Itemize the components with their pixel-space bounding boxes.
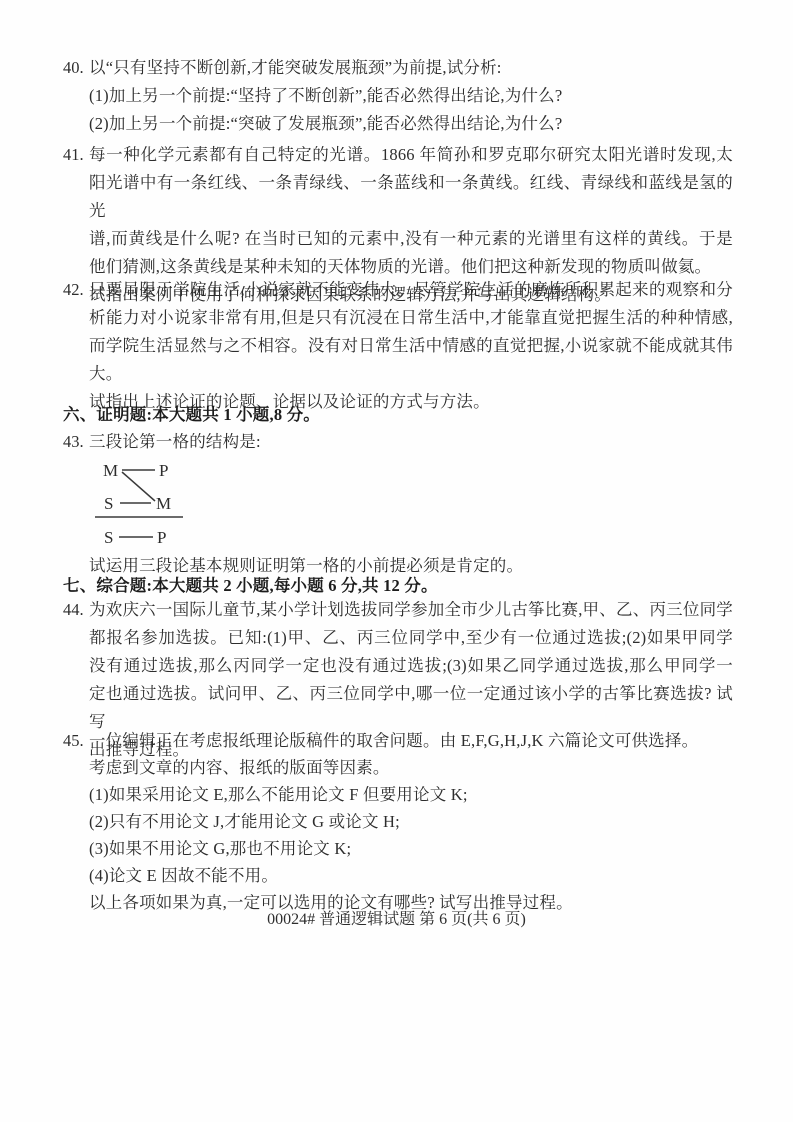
question-41-line: 阳光谱中有一条红线、一条青绿线、一条蓝线和一条黄线。红线、青绿线和蓝线是氢的光 — [89, 169, 733, 225]
section-6-header: 六、证明题:本大题共 1 小题,8 分。 — [63, 401, 733, 429]
question-45-condition-4: (4)论文 E 因故不能不用。 — [89, 862, 733, 889]
diagram-term-s2: S — [104, 494, 113, 513]
question-45-condition-1: (1)如果采用论文 E,那么不能用论文 F 但要用论文 K; — [89, 781, 733, 808]
diagram-term-m2: M — [156, 494, 171, 513]
question-45: 45. 一位编辑正在考虑报纸理论版稿件的取舍问题。由 E,F,G,H,J,K 六… — [63, 727, 733, 916]
question-40-subitem-2: (2)加上另一个前提:“突破了发展瓶颈”,能否必然得出结论,为什么? — [89, 110, 733, 138]
question-42-line: 大。 — [89, 360, 733, 388]
question-44-line: 为欢庆六一国际儿童节,某小学计划选拔同学参加全市少儿古筝比赛,甲、乙、丙三位同学 — [89, 596, 733, 624]
question-40-line: 以“只有坚持不断创新,才能突破发展瓶颈”为前提,试分析: — [89, 54, 733, 82]
question-40-body: 以“只有坚持不断创新,才能突破发展瓶颈”为前提,试分析: (1)加上另一个前提:… — [89, 54, 733, 138]
diagram-term-p1: P — [159, 461, 168, 480]
question-42-number: 42. — [63, 276, 89, 304]
question-40-subitem-1: (1)加上另一个前提:“坚持了不断创新”,能否必然得出结论,为什么? — [89, 82, 733, 110]
diagram-term-p3: P — [157, 528, 166, 547]
question-41-line: 每一种化学元素都有自己特定的光谱。1866 年简孙和罗克耶尔研究太阳光谱时发现,… — [89, 141, 733, 169]
question-42: 42. 只要局限于学院生活,小说家就不能变伟大。尽管学院生活的磨炼所积累起来的观… — [63, 276, 733, 416]
question-43: 43. 三段论第一格的结构是: M P S M S P 试运用三段论基本规则证明… — [63, 428, 733, 580]
question-42-body: 只要局限于学院生活,小说家就不能变伟大。尽管学院生活的磨炼所积累起来的观察和分 … — [89, 276, 733, 416]
question-45-number: 45. — [63, 727, 89, 755]
question-40: 40. 以“只有坚持不断创新,才能突破发展瓶颈”为前提,试分析: (1)加上另一… — [63, 54, 733, 138]
diagram-term-m1: M — [103, 461, 118, 480]
question-41-line: 谱,而黄线是什么呢? 在当时已知的元素中,没有一种元素的光谱里有这样的黄线。于是 — [89, 225, 733, 253]
question-45-condition-2: (2)只有不用论文 J,才能用论文 G 或论文 H; — [89, 808, 733, 835]
diagram-diagonal-line — [122, 472, 155, 501]
question-43-number: 43. — [63, 428, 89, 456]
question-42-line: 而学院生活显然与之不相容。没有对日常生活中情感的直觉把握,小说家就不能成就其伟 — [89, 332, 733, 360]
exam-paper-page: 40. 以“只有坚持不断创新,才能突破发展瓶颈”为前提,试分析: (1)加上另一… — [0, 0, 793, 1122]
page-footer: 00024# 普通逻辑试题 第 6 页(共 6 页) — [0, 906, 793, 934]
question-42-line: 只要局限于学院生活,小说家就不能变伟大。尽管学院生活的磨炼所积累起来的观察和分 — [89, 276, 733, 304]
question-43-intro-line: 三段论第一格的结构是: — [89, 428, 733, 456]
question-40-number: 40. — [63, 54, 89, 82]
question-45-body: 一位编辑正在考虑报纸理论版稿件的取舍问题。由 E,F,G,H,J,K 六篇论文可… — [89, 727, 733, 916]
question-45-condition-3: (3)如果不用论文 G,那也不用论文 K; — [89, 835, 733, 862]
question-45-line: 考虑到文章的内容、报纸的版面等因素。 — [89, 754, 733, 781]
syllogism-figure-1-diagram: M P S M S P — [95, 458, 225, 550]
question-41-number: 41. — [63, 141, 89, 169]
question-43-body: 三段论第一格的结构是: M P S M S P 试运用三段论基本规则证明第一格的… — [89, 428, 733, 580]
question-45-line: 一位编辑正在考虑报纸理论版稿件的取舍问题。由 E,F,G,H,J,K 六篇论文可… — [89, 727, 733, 754]
question-44-number: 44. — [63, 596, 89, 624]
question-44-line: 都报名参加选拔。已知:(1)甲、乙、丙三位同学中,至少有一位通过选拔;(2)如果… — [89, 624, 733, 652]
question-44-line: 没有通过选拔,那么丙同学一定也没有通过选拔;(3)如果乙同学通过选拔,那么甲同学… — [89, 652, 733, 680]
diagram-term-s3: S — [104, 528, 113, 547]
question-42-line: 析能力对小说家非常有用,但是只有沉浸在日常生活中,才能靠直觉把握生活的种种情感, — [89, 304, 733, 332]
